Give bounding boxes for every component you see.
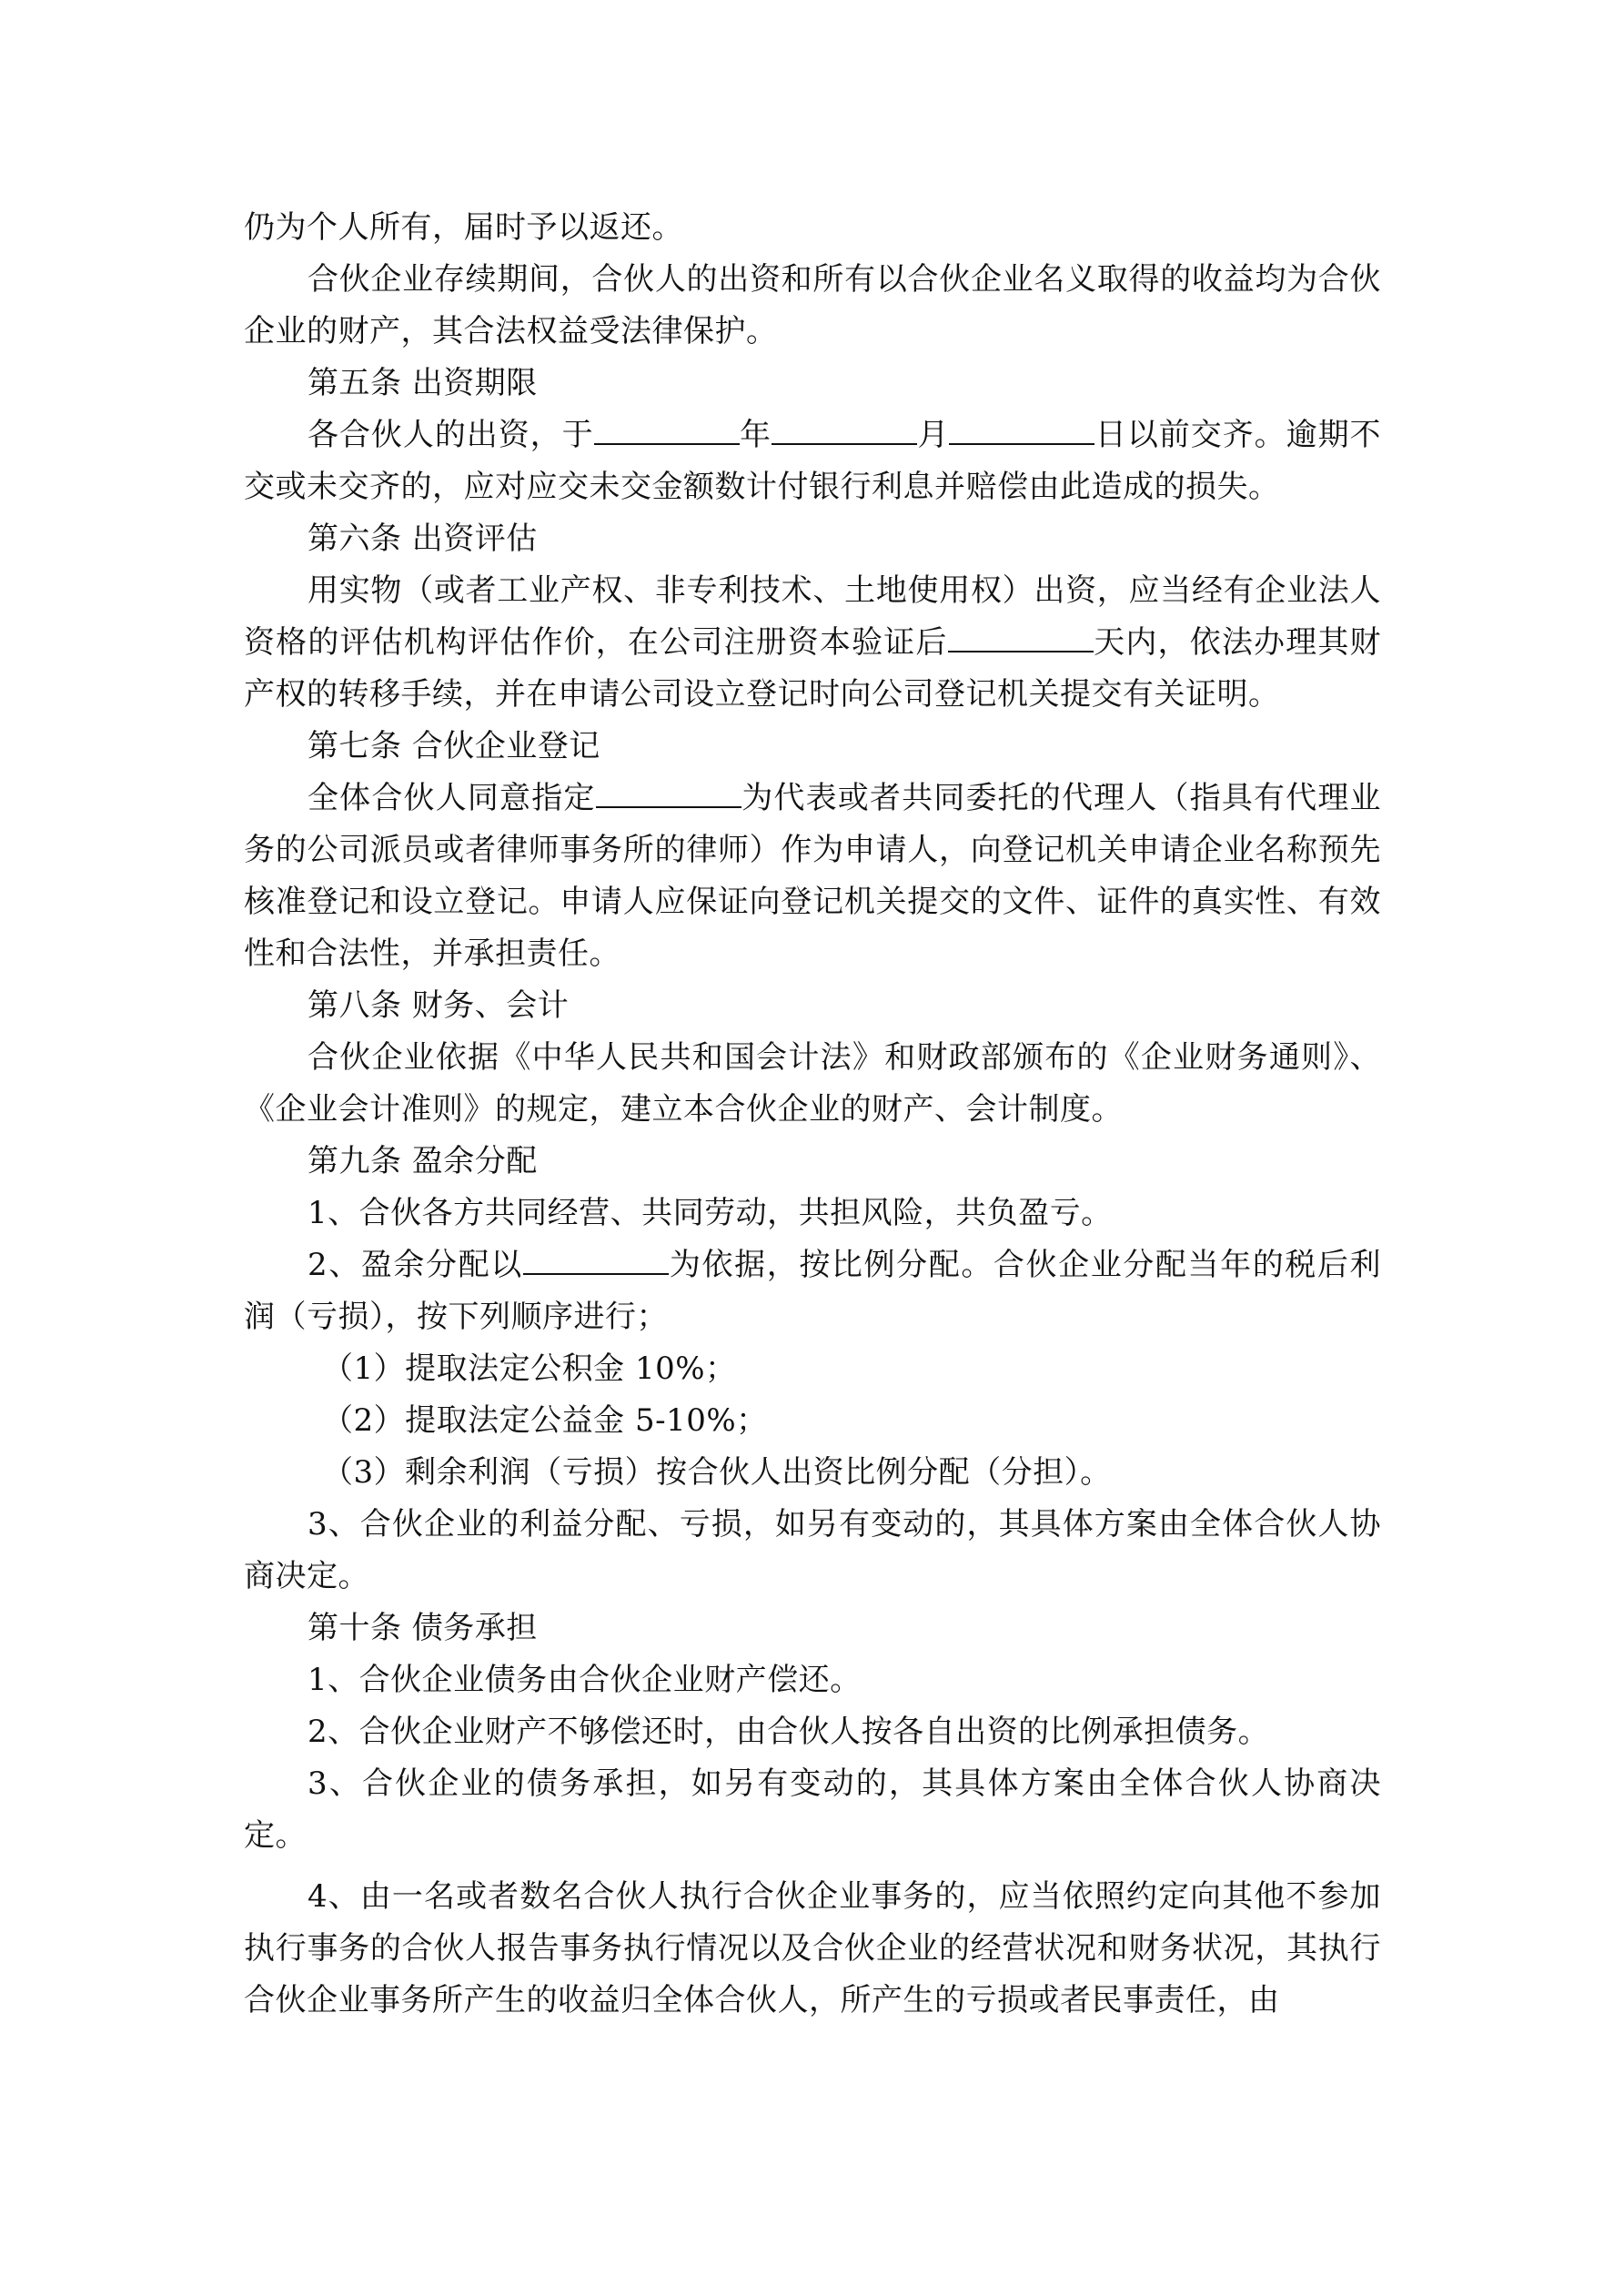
text-segment: 4、由一名或者数名合伙人执行合伙企业事务的，应当依照约定向其他不参加执行事务的合… xyxy=(244,1878,1381,2018)
paragraph-partnership-property: 合伙企业存续期间，合伙人的出资和所有以合伙企业名义取得的收益均为合伙企业的财产，… xyxy=(244,254,1381,358)
heading-text: 第七条 合伙企业登记 xyxy=(308,728,600,764)
paragraph-debt-item-4: 4、由一名或者数名合伙人执行合伙企业事务的，应当依照约定向其他不参加执行事务的合… xyxy=(244,1871,1381,2027)
article-9-heading: 第九条 盈余分配 xyxy=(244,1136,1381,1188)
heading-text: 第九条 盈余分配 xyxy=(308,1143,538,1179)
paragraph-continuation: 仍为个人所有，届时予以返还。 xyxy=(244,202,1381,254)
article-8-heading: 第八条 财务、会计 xyxy=(244,980,1381,1032)
article-7-heading: 第七条 合伙企业登记 xyxy=(244,721,1381,773)
representative-blank-field[interactable] xyxy=(596,779,741,808)
text-segment: 1、合伙各方共同经营、共同劳动，共担风险，共负盈亏。 xyxy=(308,1195,1113,1231)
paragraph-accounting: 合伙企业依据《中华人民共和国会计法》和财政部颁布的《企业财务通则》、《企业会计准… xyxy=(244,1032,1381,1136)
paragraph-sub-item-3: （3）剩余利润（亏损）按合伙人出资比例分配（分担）。 xyxy=(244,1447,1381,1499)
heading-text: 第六条 出资评估 xyxy=(308,521,538,557)
text-segment: （2）提取法定公益金 5-10%； xyxy=(322,1402,768,1439)
paragraph-debt-item-3: 3、合伙企业的债务承担，如另有变动的，其具体方案由全体合伙人协商决定。 xyxy=(244,1758,1381,1862)
paragraph-contribution-evaluation: 用实物（或者工业产权、非专利技术、土地使用权）出资，应当经有企业法人资格的评估机… xyxy=(244,565,1381,721)
text-segment: 2、合伙企业财产不够偿还时，由合伙人按各自出资的比例承担债务。 xyxy=(308,1714,1269,1750)
text-segment: 仍为个人所有，届时予以返还。 xyxy=(244,209,683,246)
article-5-heading: 第五条 出资期限 xyxy=(244,358,1381,410)
paragraph-profit-item-3: 3、合伙企业的利益分配、亏损，如另有变动的，其具体方案由全体合伙人协商决定。 xyxy=(244,1499,1381,1603)
text-segment: 各合伙人的出资，于 xyxy=(308,417,594,453)
paragraph-registration: 全体合伙人同意指定为代表或者共同委托的代理人（指具有代理业务的公司派员或者律师事… xyxy=(244,773,1381,980)
text-segment: 月 xyxy=(917,417,949,453)
distribution-basis-blank-field[interactable] xyxy=(523,1246,669,1275)
text-segment: 2、盈余分配以 xyxy=(308,1247,523,1283)
text-segment: （1）提取法定公积金 10%； xyxy=(322,1350,737,1387)
paragraph-debt-item-2: 2、合伙企业财产不够偿还时，由合伙人按各自出资的比例承担债务。 xyxy=(244,1706,1381,1758)
text-segment: 3、合伙企业的债务承担，如另有变动的，其具体方案由全体合伙人协商决定。 xyxy=(244,1765,1381,1854)
paragraph-contribution-deadline: 各合伙人的出资，于年月日以前交齐。逾期不交或未交齐的，应对应交未交金额数计付银行… xyxy=(244,410,1381,513)
text-segment: 全体合伙人同意指定 xyxy=(308,780,596,816)
article-6-heading: 第六条 出资评估 xyxy=(244,513,1381,565)
text-segment: 3、合伙企业的利益分配、亏损，如另有变动的，其具体方案由全体合伙人协商决定。 xyxy=(244,1506,1381,1594)
month-blank-field[interactable] xyxy=(772,416,917,445)
paragraph-debt-item-1: 1、合伙企业债务由合伙企业财产偿还。 xyxy=(244,1654,1381,1706)
text-segment: 年 xyxy=(740,417,772,453)
days-blank-field[interactable] xyxy=(948,623,1094,652)
text-segment: 合伙企业依据《中华人民共和国会计法》和财政部颁布的《企业财务通则》、《企业会计准… xyxy=(244,1039,1381,1128)
text-segment: （3）剩余利润（亏损）按合伙人出资比例分配（分担）。 xyxy=(322,1454,1112,1491)
article-10-heading: 第十条 债务承担 xyxy=(244,1603,1381,1654)
year-blank-field[interactable] xyxy=(594,416,740,445)
paragraph-sub-item-2: （2）提取法定公益金 5-10%； xyxy=(244,1395,1381,1447)
text-segment: 合伙企业存续期间，合伙人的出资和所有以合伙企业名义取得的收益均为合伙企业的财产，… xyxy=(244,261,1381,349)
heading-text: 第八条 财务、会计 xyxy=(308,987,569,1024)
paragraph-sub-item-1: （1）提取法定公积金 10%； xyxy=(244,1343,1381,1395)
document-page: 仍为个人所有，届时予以返还。 合伙企业存续期间，合伙人的出资和所有以合伙企业名义… xyxy=(244,202,1381,2027)
paragraph-profit-item-2: 2、盈余分配以为依据，按比例分配。合伙企业分配当年的税后利润（亏损），按下列顺序… xyxy=(244,1239,1381,1343)
heading-text: 第五条 出资期限 xyxy=(308,365,538,401)
day-blank-field[interactable] xyxy=(949,416,1094,445)
paragraph-profit-item-1: 1、合伙各方共同经营、共同劳动，共担风险，共负盈亏。 xyxy=(244,1188,1381,1239)
heading-text: 第十条 债务承担 xyxy=(308,1610,538,1646)
text-segment: 1、合伙企业债务由合伙企业财产偿还。 xyxy=(308,1662,862,1698)
